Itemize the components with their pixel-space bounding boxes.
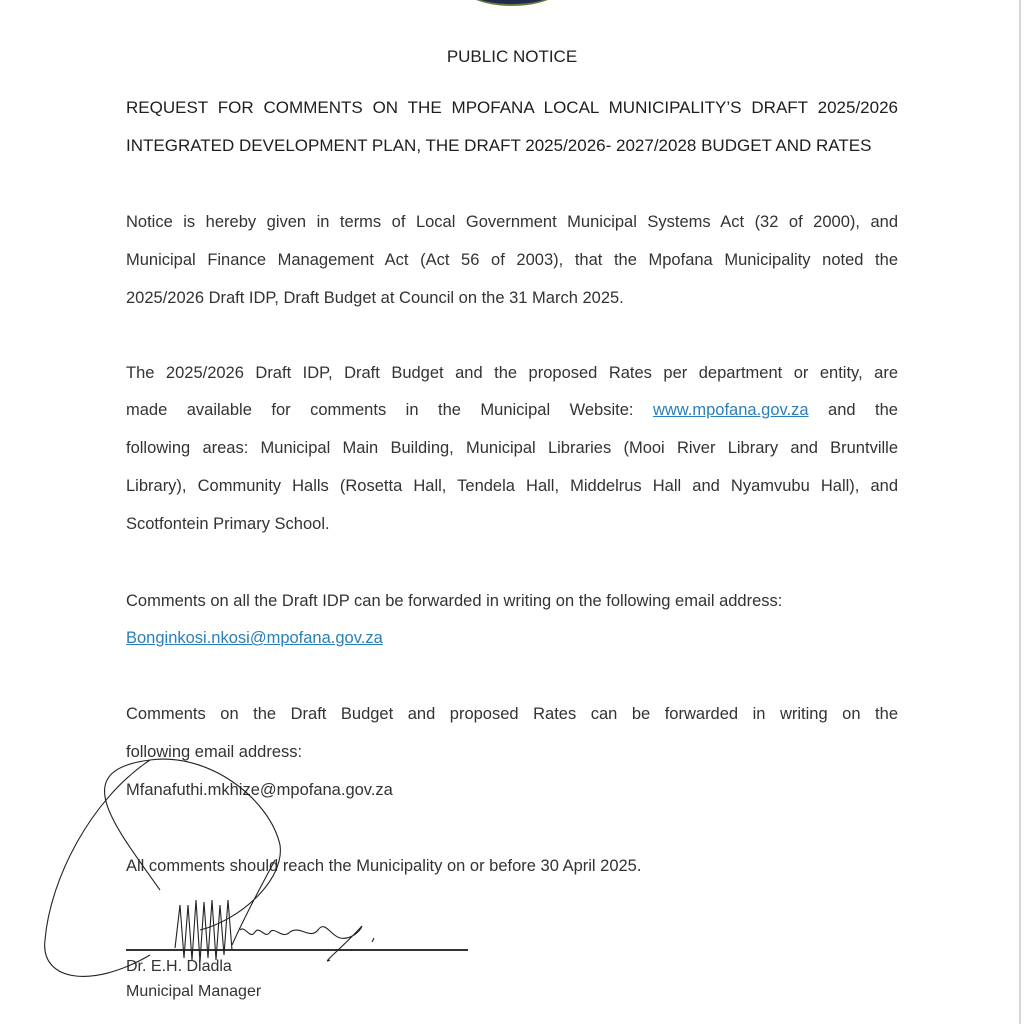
para1-line-2: Municipal Finance Management Act (Act 56… <box>126 251 898 270</box>
para2-line-3: following areas: Municipal Main Building… <box>126 439 898 458</box>
para1-line-3: 2025/2026 Draft IDP, Draft Budget at Cou… <box>126 289 898 308</box>
para4-line-2: following email address: <box>126 743 898 762</box>
notice-heading-line-1: REQUEST FOR COMMENTS ON THE MPOFANA LOCA… <box>126 98 898 118</box>
page-edge-divider <box>1019 0 1021 1024</box>
signatory-name: Dr. E.H. Dladla <box>126 958 898 976</box>
para2-text-after-link: and the <box>809 401 898 419</box>
signature-line <box>126 949 468 951</box>
idp-email-line: Bonginkosi.nkosi@mpofana.gov.za <box>126 629 898 648</box>
para3-line-1: Comments on all the Draft IDP can be for… <box>126 592 898 611</box>
para2-line-2: made available for comments in the Munic… <box>126 401 898 420</box>
idp-email-link[interactable]: Bonginkosi.nkosi@mpofana.gov.za <box>126 629 383 647</box>
para1-line-1: Notice is hereby given in terms of Local… <box>126 213 898 232</box>
deadline-text: All comments should reach the Municipali… <box>126 857 898 876</box>
para2-line-4: Library), Community Halls (Rosetta Hall,… <box>126 477 898 496</box>
para2-text-before-link: made available for comments in the Munic… <box>126 401 653 419</box>
page-title: PUBLIC NOTICE <box>0 47 1024 67</box>
website-link[interactable]: www.mpofana.gov.za <box>653 401 809 419</box>
para2-line-1: The 2025/2026 Draft IDP, Draft Budget an… <box>126 364 898 383</box>
budget-email: Mfanafuthi.mkhize@mpofana.gov.za <box>126 781 898 800</box>
para4-line-1: Comments on the Draft Budget and propose… <box>126 705 898 724</box>
signatory-role: Municipal Manager <box>126 983 898 1001</box>
notice-heading-line-2: INTEGRATED DEVELOPMENT PLAN, THE DRAFT 2… <box>126 136 898 156</box>
para2-line-5: Scotfontein Primary School. <box>126 515 898 534</box>
municipal-crest-logo <box>462 0 562 6</box>
